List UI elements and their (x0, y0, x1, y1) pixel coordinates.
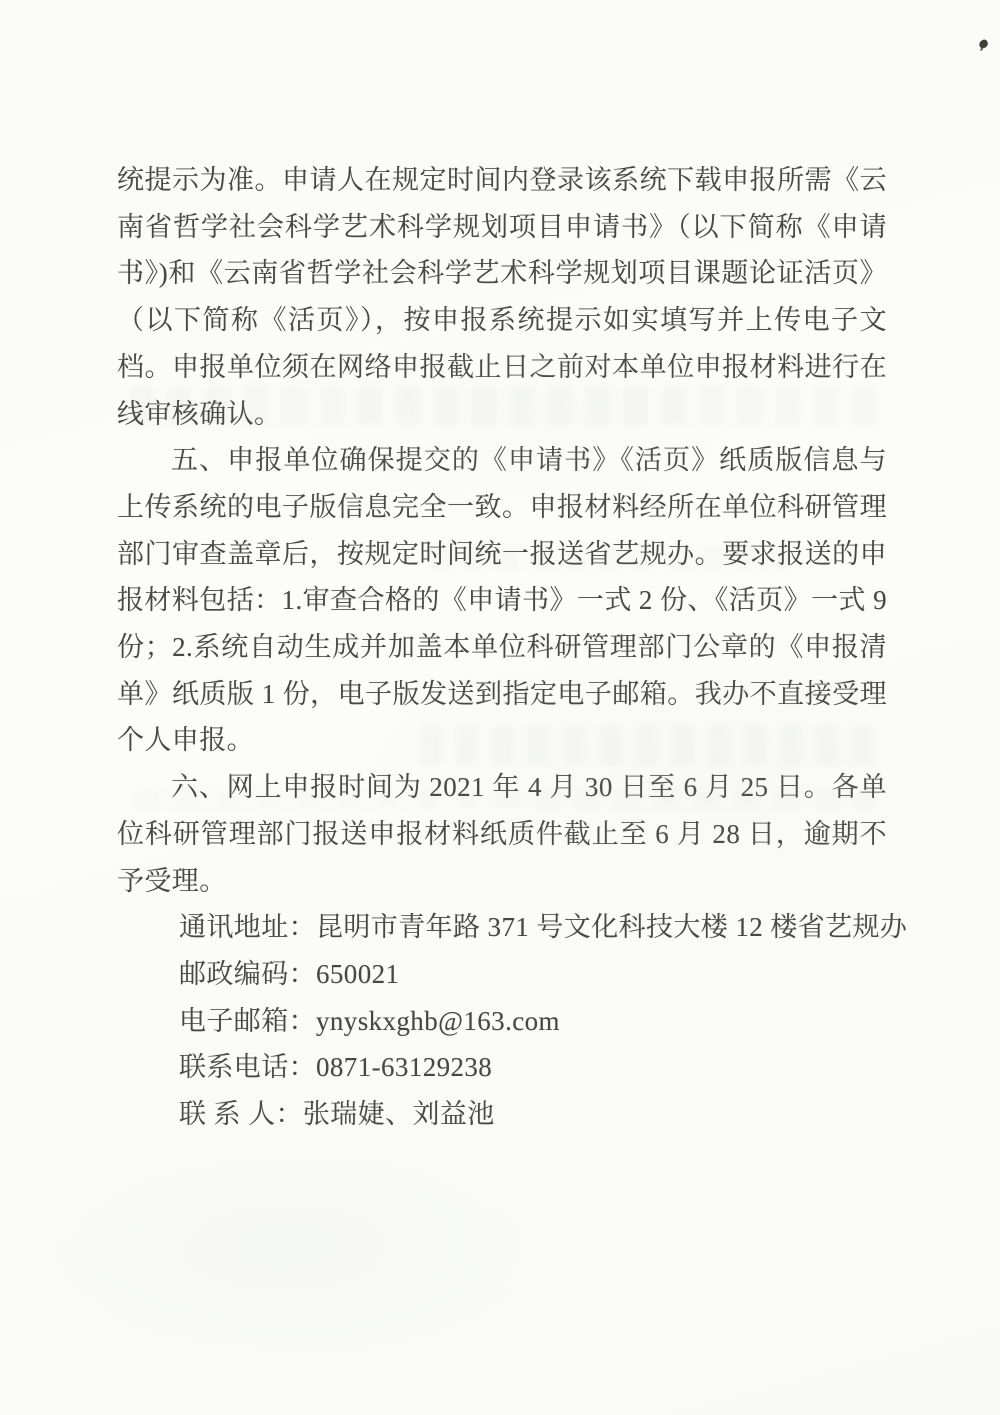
document-body: 统提示为准。申请人在规定时间内登录该系统下载申报所需《云南省哲学社会科学艺术科学… (117, 157, 887, 1138)
contact-info-block: 通讯地址：昆明市青年路 371 号文化科技大楼 12 楼省艺规办 邮政编码：65… (117, 904, 887, 1138)
contact-label-person: 联 系 人： (179, 1099, 303, 1129)
ink-speck-artifact (978, 38, 990, 49)
contact-label-phone: 联系电话： (179, 1052, 316, 1082)
contact-value-phone: 0871-63129238 (316, 1052, 492, 1082)
paragraph-item-six: 六、网上申报时间为 2021 年 4 月 30 日至 6 月 25 日。各单位科… (117, 764, 887, 904)
contact-row-address: 通讯地址：昆明市青年路 371 号文化科技大楼 12 楼省艺规办 (179, 904, 887, 951)
scanned-document-page: 统提示为准。申请人在规定时间内登录该系统下载申报所需《云南省哲学社会科学艺术科学… (0, 0, 1000, 1415)
contact-row-phone: 联系电话：0871-63129238 (179, 1044, 887, 1091)
paragraph-online-filing-continued: 统提示为准。申请人在规定时间内登录该系统下载申报所需《云南省哲学社会科学艺术科学… (117, 157, 887, 437)
contact-label-address: 通讯地址： (179, 912, 316, 942)
contact-value-postcode: 650021 (316, 959, 399, 989)
contact-label-postcode: 邮政编码： (179, 959, 316, 989)
contact-value-email: ynyskxghb@163.com (316, 1006, 560, 1036)
paragraph-item-five: 五、申报单位确保提交的《申请书》《活页》纸质版信息与上传系统的电子版信息完全一致… (117, 437, 887, 764)
contact-value-person: 张瑞婕、刘益池 (303, 1099, 495, 1129)
contact-row-email: 电子邮箱：ynyskxghb@163.com (179, 998, 887, 1045)
contact-row-person: 联 系 人：张瑞婕、刘益池 (179, 1091, 887, 1138)
contact-value-address: 昆明市青年路 371 号文化科技大楼 12 楼省艺规办 (316, 912, 907, 942)
contact-row-postcode: 邮政编码：650021 (179, 951, 887, 998)
contact-label-email: 电子邮箱： (179, 1006, 316, 1036)
